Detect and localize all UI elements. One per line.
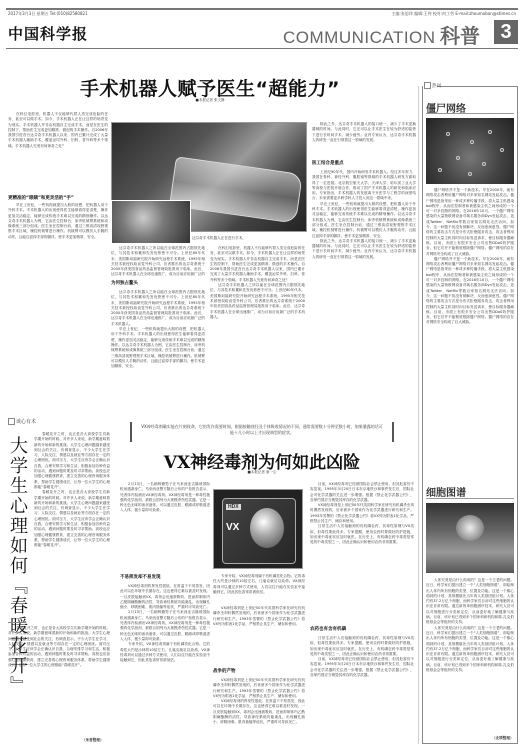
surgical-robot-inset-photo (111, 200, 191, 244)
masthead-rule (6, 48, 518, 49)
article2-subhead-3: 农药也有含有机磷 (310, 626, 346, 632)
page-number: 3 (494, 20, 518, 44)
network-node (470, 140, 474, 144)
sidebar-item2-source: （北塔整理） (492, 736, 514, 741)
sidebar-item1-rule (426, 113, 514, 114)
article2-body-col2c: VX神经毒剂是上世纪50年代英国科学家在研究有机磷杀虫剂时偶然发现的，后来被多个… (213, 678, 305, 744)
cell-atlas-photo (426, 503, 514, 573)
sidebar-item2-rule (426, 498, 514, 499)
article2-subhead-1: 不易挥发却不易发现 (120, 574, 161, 580)
photo-label-vx: VX (226, 522, 239, 533)
vx-agent-photo: HDX VX (213, 489, 303, 569)
article2-body-col2b: VX神经毒剂是上世纪50年代英国科学家在研究有机磷杀虫剂时偶然发现的，后来被多个… (213, 606, 305, 664)
sidebar-item2-body: 人体究竟是由什么构成的？这是一个古老的问题。近日，科学家们提出建立一个“人类细胞… (426, 578, 514, 736)
article2-body-col1: 2月13日，一名朝鲜籍男子在马来西亚吉隆坡国际机场遇袭身亡。马来西亚警方随后公布… (120, 482, 210, 552)
botnet-network-photo (426, 118, 514, 184)
article2-body-col3b: 日常生活中人们接触到的有机磷农药，其毒性原理与VX类似，但毒性要低得多。专家提醒… (310, 636, 414, 744)
article1-headline: 手术机器人赋予医生“超能力” (50, 74, 370, 101)
tag-box-icon (8, 418, 15, 425)
article1-subhead-2: 为何独占鳌头 (111, 280, 138, 286)
title-rule (8, 622, 24, 623)
article1-subhead-3: 医工结合是重点 (312, 160, 344, 166)
article2-byline: ■本报记者 唐一尘 (232, 470, 292, 475)
article1-subhead-1: 更精准的“眼睛”和更灵活的“手” (8, 195, 74, 201)
article2-pullquote: VX神经毒剂确实能在片刻致命，它的发作需要时间，根据接触途径及个体吸收情况的不同… (130, 422, 394, 442)
photo-caption: 达芬奇手术机器人正在进行手术。 (192, 236, 246, 241)
section-name-cn: 科普 (440, 20, 480, 49)
article1-body-col2: 达芬奇手术机器人之所以能在全球范围内占据领先地位，与其技术积累和先发优势密不可分… (111, 246, 205, 276)
column-body-top: 春暖花开之时，也正是各大高校学生们新学期开始的时候。对许多人来说，新学期意味着新… (34, 432, 110, 622)
editors-line: 主编:张思玮 编辑:王剑 校对:何工劳 E-mail:zhoumoban@sti… (392, 11, 516, 17)
article1-body-col3: 在科幻电影里，机器人不仅能够代替人类完成危险的任务，甚至可以做手术。如今，手术机… (210, 246, 305, 410)
date-line: 2017年3月3日 星期五 Tel:(010)82580821 (8, 11, 88, 17)
photo-label-hdx: HDX (226, 504, 241, 510)
column-source: （朱香整理） (82, 738, 104, 743)
network-node (438, 168, 442, 172)
article2-body-col3: 目前，VX神经毒剂已经被国际社会禁止使用，但其危害仍不容忽视。1995年3月20… (310, 482, 414, 620)
network-node (482, 162, 486, 166)
article2-subhead-2: 战争的产物 (213, 668, 236, 674)
column-divider (418, 86, 419, 744)
column-body-bottom: 春暖花开之时，也正是各大高校学生们新学期开始的时候。对许多人来说，新学期意味着新… (8, 626, 110, 736)
column-tag: 谈心有术 (8, 418, 36, 425)
article2-body-col2: 专家介绍，VX神经毒剂属于有机磷类化合物。它的毒性大约是沙林的10倍左右，几毫克… (213, 574, 305, 604)
network-node (446, 132, 450, 136)
article2-body-col1b: VX神经毒剂的挥发性很低，在常温下不易蒸发，因此可以在环境中长期存在。这也使得它… (120, 584, 210, 744)
tag-box-icon (424, 82, 431, 89)
network-node (500, 148, 504, 152)
cell-shape (456, 515, 484, 541)
network-node (456, 156, 460, 160)
article1-body-col1: 在科幻电影里，机器人不仅能够代替人类完成危险的任务，甚至可以做手术。如今，手术机… (8, 112, 108, 190)
sidebar-top-rule (437, 86, 518, 87)
network-node (468, 172, 472, 176)
header-top-rule (6, 8, 518, 10)
section-name-en: COMMUNICATION (283, 28, 436, 48)
sphere-shape (250, 508, 284, 548)
newspaper-logo: 中国科学报 (8, 23, 88, 44)
article1-body-col4b: 上世纪90年代，国内开始研发手术机器人。经过多年努力，我国在骨科、神经外科、腹腔… (312, 170, 416, 410)
article1-body-col1b: 早在上世纪，一些机构就提出大胆的设想，把机器人用于外科手术。手术机器人的出现使得… (8, 203, 108, 413)
article1-body-col2b: 达芬奇手术机器人之所以能在全球范围内占据领先地位，与其技术积累和先发优势密不可分… (111, 290, 205, 410)
sidebar-item1-body: 僵尸网络并不是一个新技术。早在2000年，就有网络攻击者利用僵尸网络对多家知名网… (426, 188, 514, 473)
article1-byline: ■本报记者 张文静 (180, 98, 240, 103)
network-node (488, 130, 492, 134)
sidebar-item2-title: 细胞图谱 (426, 484, 466, 499)
sidebar-tag: 热词 (424, 82, 441, 89)
article1-body-col4: 除此之外，达芬奇手术机器人的接口统一，减少了手术更换器械的时间。与此同时，它还可… (312, 122, 416, 154)
